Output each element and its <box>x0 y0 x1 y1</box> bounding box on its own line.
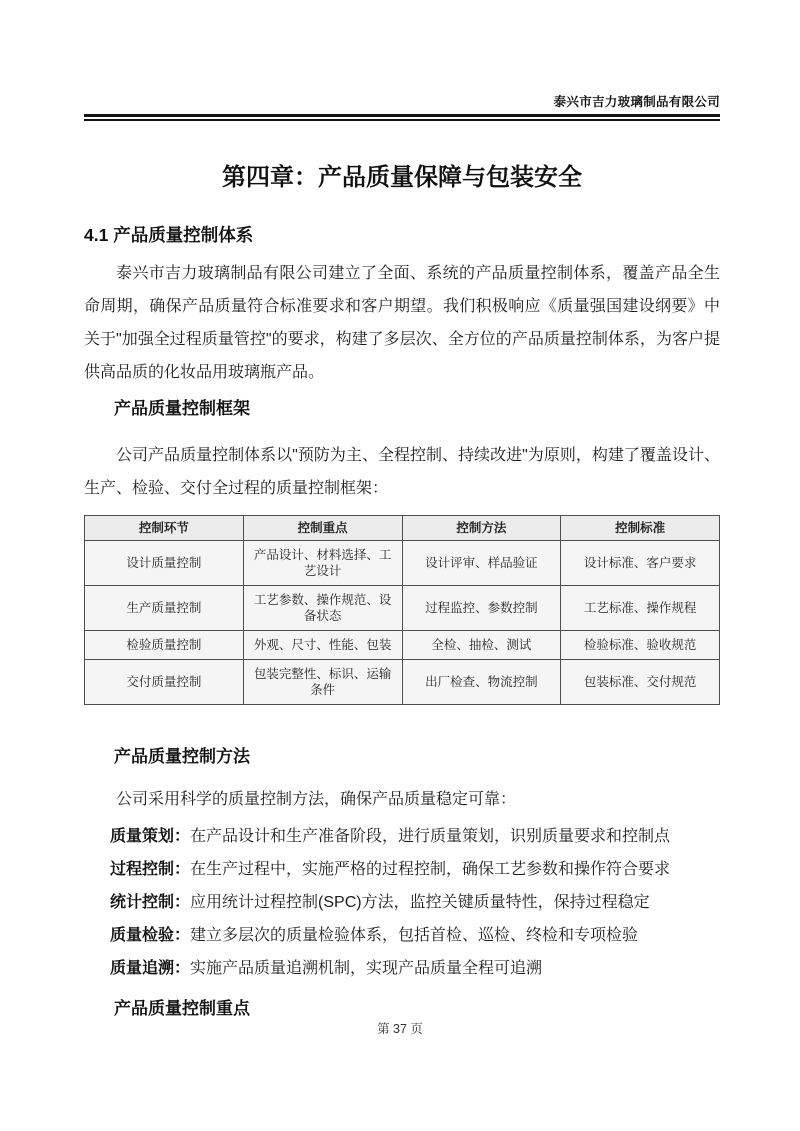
table-header-row: 控制环节控制重点控制方法控制标准 <box>85 515 720 540</box>
method-item: 质量策划：在产品设计和生产准备阶段，进行质量策划，识别质量要求和控制点 <box>110 820 720 853</box>
quality-control-table: 控制环节控制重点控制方法控制标准 设计质量控制产品设计、材料选择、工艺设计设计评… <box>84 515 720 705</box>
table-row: 设计质量控制产品设计、材料选择、工艺设计设计评审、样品验证设计标准、客户要求 <box>85 540 720 585</box>
method-item: 质量追溯：实施产品质量追溯机制，实现产品质量全程可追溯 <box>110 952 720 985</box>
table-cell: 生产质量控制 <box>85 585 244 630</box>
page-number: 第 37 页 <box>0 1019 800 1037</box>
method-label: 过程控制： <box>110 861 190 878</box>
sub-heading-frame: 产品质量控制框架 <box>114 397 720 421</box>
method-item: 质量检验：建立多层次的质量检验体系，包括首检、巡检、终检和专项检验 <box>110 919 720 952</box>
table-cell: 检验标准、验收规范 <box>561 630 720 659</box>
table-row: 生产质量控制工艺参数、操作规范、设备状态过程监控、参数控制工艺标准、操作规程 <box>85 585 720 630</box>
method-item: 过程控制：在生产过程中，实施严格的过程控制，确保工艺参数和操作符合要求 <box>110 853 720 886</box>
quality-table-head: 控制环节控制重点控制方法控制标准 <box>85 515 720 540</box>
method-item: 统计控制：应用统计过程控制(SPC)方法，监控关键质量特性，保持过程稳定 <box>110 886 720 919</box>
table-header-cell: 控制标准 <box>561 515 720 540</box>
table-cell: 出厂检查、物流控制 <box>402 659 561 704</box>
chapter-title: 第四章：产品质量保障与包装安全 <box>84 161 720 195</box>
table-cell: 包装标准、交付规范 <box>561 659 720 704</box>
document-page: 泰兴市吉力玻璃制品有限公司 第四章：产品质量保障与包装安全 4.1 产品质量控制… <box>0 0 800 1131</box>
company-name: 泰兴市吉力玻璃制品有限公司 <box>84 92 720 110</box>
frame-paragraph: 公司产品质量控制体系以"预防为主、全程控制、持续改进"为原则，构建了覆盖设计、生… <box>84 439 720 505</box>
table-cell: 检验质量控制 <box>85 630 244 659</box>
table-cell: 设计质量控制 <box>85 540 244 585</box>
table-cell: 设计评审、样品验证 <box>402 540 561 585</box>
table-cell: 包装完整性、标识、运输条件 <box>243 659 402 704</box>
sub-heading-focus: 产品质量控制重点 <box>114 997 720 1021</box>
header-rule-thick <box>84 114 720 117</box>
intro-paragraph: 泰兴市吉力玻璃制品有限公司建立了全面、系统的产品质量控制体系，覆盖产品全生命周期… <box>84 257 720 389</box>
method-label: 质量追溯： <box>110 960 190 977</box>
table-header-cell: 控制方法 <box>402 515 561 540</box>
quality-table-body: 设计质量控制产品设计、材料选择、工艺设计设计评审、样品验证设计标准、客户要求生产… <box>85 540 720 704</box>
method-label: 质量策划： <box>110 828 190 845</box>
sub-heading-methods: 产品质量控制方法 <box>114 745 720 769</box>
page-header: 泰兴市吉力玻璃制品有限公司 <box>84 0 720 121</box>
table-cell: 设计标准、客户要求 <box>561 540 720 585</box>
table-row: 交付质量控制包装完整性、标识、运输条件出厂检查、物流控制包装标准、交付规范 <box>85 659 720 704</box>
table-header-cell: 控制重点 <box>243 515 402 540</box>
table-cell: 产品设计、材料选择、工艺设计 <box>243 540 402 585</box>
table-cell: 过程监控、参数控制 <box>402 585 561 630</box>
table-cell: 工艺标准、操作规程 <box>561 585 720 630</box>
method-label: 质量检验： <box>110 927 190 944</box>
method-list: 质量策划：在产品设计和生产准备阶段，进行质量策划，识别质量要求和控制点过程控制：… <box>110 820 720 985</box>
table-row: 检验质量控制外观、尺寸、性能、包装全检、抽检、测试检验标准、验收规范 <box>85 630 720 659</box>
methods-paragraph: 公司采用科学的质量控制方法，确保产品质量稳定可靠： <box>84 783 720 816</box>
table-cell: 交付质量控制 <box>85 659 244 704</box>
table-cell: 外观、尺寸、性能、包装 <box>243 630 402 659</box>
table-cell: 工艺参数、操作规范、设备状态 <box>243 585 402 630</box>
table-header-cell: 控制环节 <box>85 515 244 540</box>
header-rule-thin <box>84 119 720 121</box>
section-heading-4-1: 4.1 产品质量控制体系 <box>84 223 720 247</box>
table-cell: 全检、抽检、测试 <box>402 630 561 659</box>
method-label: 统计控制： <box>110 894 190 911</box>
